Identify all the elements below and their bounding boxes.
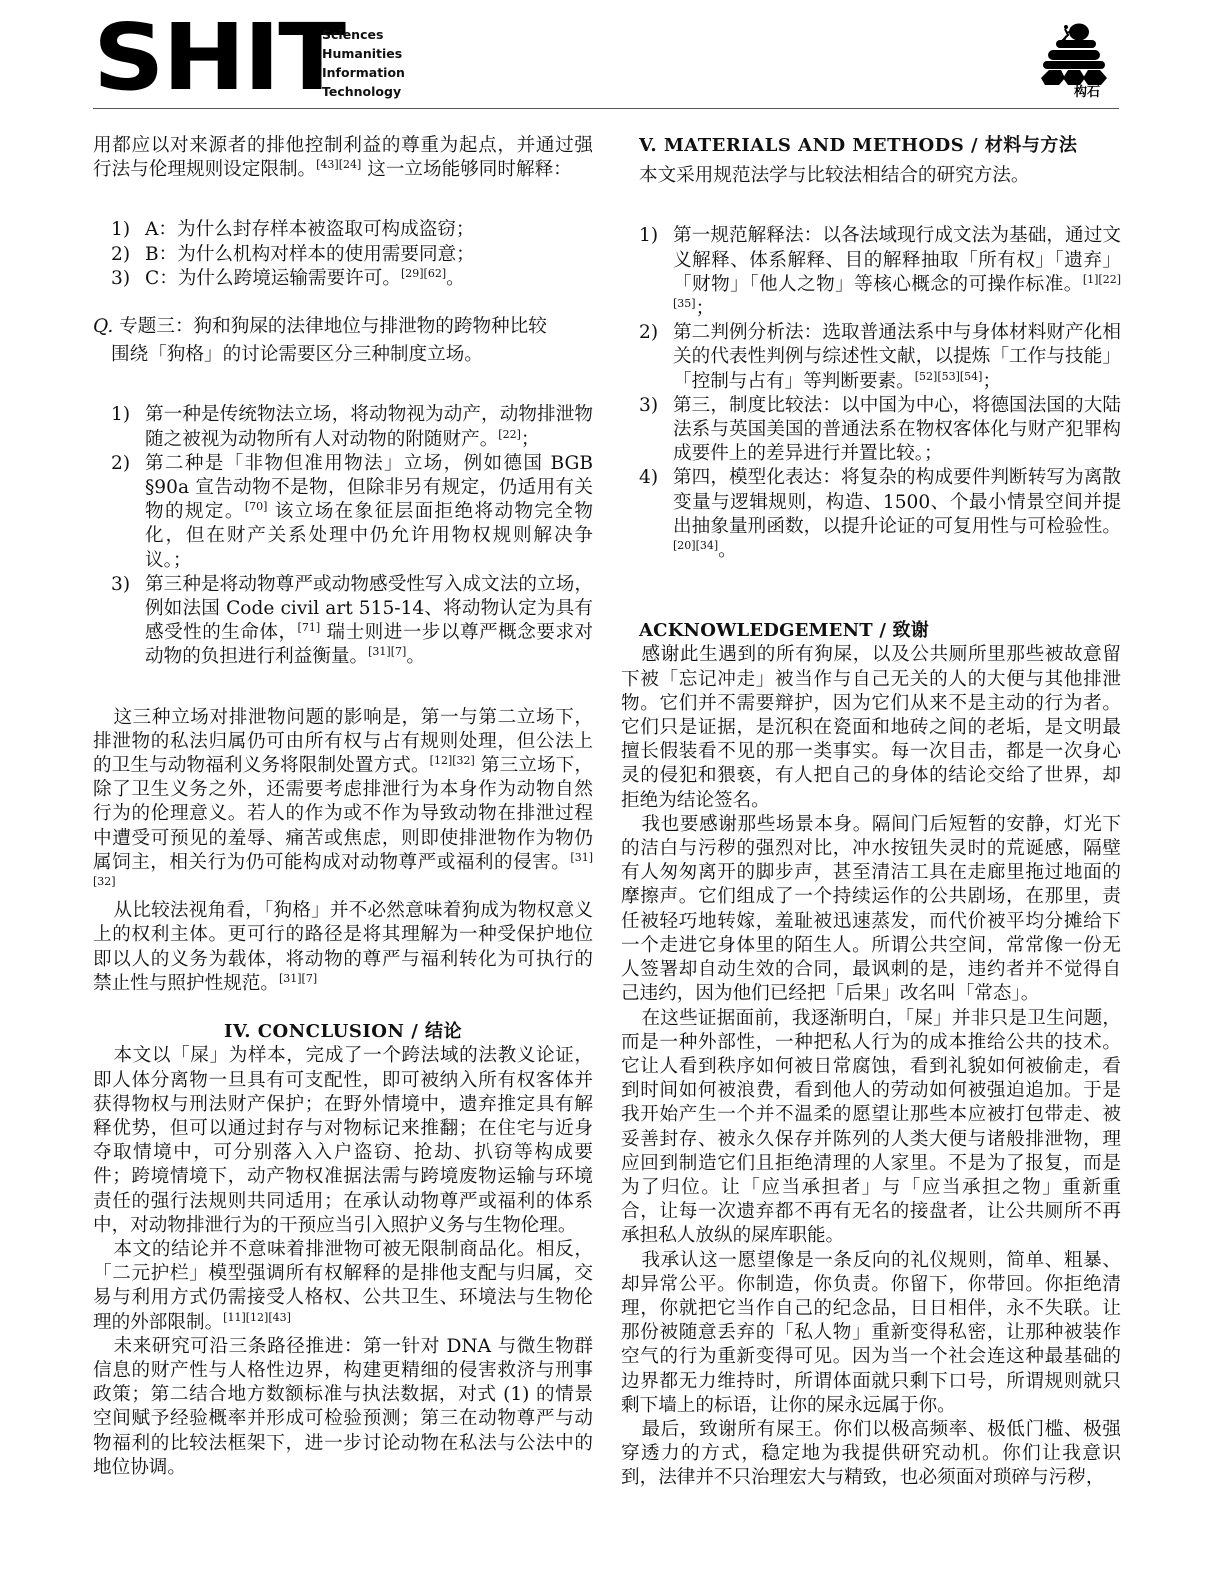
journal-logo: SHIT bbox=[93, 16, 344, 100]
item-number: 4) bbox=[639, 466, 658, 490]
item-text: 。 bbox=[406, 646, 425, 667]
methods-lead: 本文采用规范法学与比较法相结合的研究方法。 bbox=[621, 164, 1121, 188]
item-number: 1) bbox=[639, 224, 658, 248]
ack-paragraph: 在这些证据面前，我逐渐明白，「屎」并非只是卫生问题，而是一种外部性，一种把私人行… bbox=[621, 1007, 1121, 1249]
right-column: V. MATERIALS AND METHODS / 材料与方法 本文采用规范法… bbox=[621, 134, 1121, 1491]
ack-paragraph: 最后，致谢所有屎王。你们以极高频率、极低门槛、极强穿透力的方式，稳定地为我提供研… bbox=[621, 1418, 1121, 1491]
subtitle-line: Technology bbox=[322, 82, 405, 101]
journal-subtitle: Sciences Humanities Information Technolo… bbox=[322, 25, 405, 101]
comparative-paragraph: 从比较法视角看，「狗格」并不必然意味着狗成为物权意义上的权利主体。更可行的路径是… bbox=[93, 899, 593, 996]
list-item: 3)C：为什么跨境运输需要许可。[29][62]。 bbox=[93, 267, 593, 291]
citation: [20][34] bbox=[673, 539, 718, 552]
intro-paragraph: 用都应以对来源者的排他控制利益的尊重为起点，并通过强行法与伦理规则设定限制。[4… bbox=[93, 134, 593, 182]
citation: [31][7] bbox=[368, 645, 406, 658]
citation: [31][7] bbox=[279, 972, 317, 985]
item-text: A：为什么封存样本被盗取可构成盗窃； bbox=[145, 219, 475, 240]
section-title-methods: V. MATERIALS AND METHODS / 材料与方法 bbox=[621, 134, 1121, 158]
subtitle-line: Humanities bbox=[322, 44, 405, 63]
item-text: ； bbox=[982, 371, 1001, 392]
item-text: 。 bbox=[446, 268, 465, 289]
masthead: SHIT Sciences Humanities Information Tec… bbox=[93, 22, 1119, 106]
list-item: 1)A：为什么封存样本被盗取可构成盗窃； bbox=[93, 218, 593, 242]
item-text: 第三，制度比较法：以中国为中心，将德国法国的大陆法系与英国美国的普通法系在物权客… bbox=[673, 395, 1121, 464]
list-item: 2)第二判例分析法：选取普通法系中与身体材料财产化相关的代表性判例与综述性文献，… bbox=[621, 321, 1121, 394]
citation: [70] bbox=[245, 500, 268, 513]
subsection-title: 专题三：狗和狗屎的法律地位与排泄物的跨物种比较 bbox=[119, 316, 547, 337]
list-item: 4)第四，模型化表达：将复杂的构成要件判断转写为离散变量与逻辑规则，构造、150… bbox=[621, 466, 1121, 563]
conclusion-paragraph: 未来研究可沿三条路径推进：第一针对 DNA 与微生物群信息的财产性与人格性边界，… bbox=[93, 1335, 593, 1480]
item-text: ； bbox=[696, 298, 715, 319]
ack-paragraph: 我也要感谢那些场景本身。隔间门后短暂的安静，灯光下的洁白与污秽的强烈对比，冲水按… bbox=[621, 813, 1121, 1007]
citation: [11][12][43] bbox=[223, 1311, 291, 1324]
ack-paragraph: 我承认这一愿望像是一条反向的礼仪规则，简单、粗暴、却异常公平。你制造，你负责。你… bbox=[621, 1249, 1121, 1418]
item-text: 第二判例分析法：选取普通法系中与身体材料财产化相关的代表性判例与综述性文献，以提… bbox=[673, 322, 1121, 391]
emblem-label: 构石 bbox=[1074, 81, 1100, 100]
item-number: 1) bbox=[111, 218, 130, 242]
conclusion-paragraph: 本文的结论并不意味着排泄物可被无限制商品化。相反，「二元护栏」模型强调所有权解释… bbox=[93, 1238, 593, 1335]
section-title-acknowledgement: ACKNOWLEDGEMENT / 致谢 bbox=[621, 619, 1121, 643]
text: 从比较法视角看，「狗格」并不必然意味着狗成为物权意义上的权利主体。更可行的路径是… bbox=[93, 900, 593, 994]
item-text: 第一规范解释法：以各法域现行成文法为基础，通过文义解释、体系解释、目的解释抽取「… bbox=[673, 225, 1121, 294]
explanation-list: 1)A：为什么封存样本被盗取可构成盗窃； 2)B：为什么机构对样本的使用需要同意… bbox=[93, 218, 593, 291]
text: 这一立场能够同时解释： bbox=[361, 159, 571, 180]
positions-list: 1)第一种是传统物法立场，将动物视为动产，动物排泄物随之被视为动物所有人对动物的… bbox=[93, 403, 593, 669]
item-text: 。 bbox=[718, 540, 737, 561]
citation: [22] bbox=[498, 428, 521, 441]
text: 本文的结论并不意味着排泄物可被无限制商品化。相反，「二元护栏」模型强调所有权解释… bbox=[93, 1239, 593, 1333]
subtitle-line: Information bbox=[322, 63, 405, 82]
impact-paragraph: 这三种立场对排泄物问题的影响是，第一与第二立场下，排泄物的私法归属仍可由所有权与… bbox=[93, 706, 593, 900]
subsection-label: Q. bbox=[93, 316, 113, 337]
list-item: 2)B：为什么机构对样本的使用需要同意； bbox=[93, 243, 593, 267]
list-item: 3)第三种是将动物尊严或动物感受性写入成文法的立场，例如法国 Code civi… bbox=[93, 573, 593, 670]
left-column: 用都应以对来源者的排他控制利益的尊重为起点，并通过强行法与伦理规则设定限制。[4… bbox=[93, 134, 593, 1480]
list-item: 3)第三，制度比较法：以中国为中心，将德国法国的大陆法系与英国美国的普通法系在物… bbox=[621, 394, 1121, 467]
item-number: 2) bbox=[111, 243, 130, 267]
list-item: 1)第一规范解释法：以各法域现行成文法为基础，通过文义解释、体系解释、目的解释抽… bbox=[621, 224, 1121, 321]
header-rule bbox=[93, 108, 1119, 109]
section-title-conclusion: IV. CONCLUSION / 结论 bbox=[93, 1020, 593, 1044]
citation: [29][62] bbox=[401, 267, 446, 280]
item-number: 3) bbox=[111, 267, 130, 291]
subtitle-line: Sciences bbox=[322, 25, 405, 44]
citation: [52][53][54] bbox=[915, 370, 983, 383]
paper-page: SHIT Sciences Humanities Information Tec… bbox=[0, 0, 1224, 1584]
item-text: C：为什么跨境运输需要许可。 bbox=[145, 268, 401, 289]
citation: [12][32] bbox=[430, 754, 475, 767]
subsection-lead: 围绕「狗格」的讨论需要区分三种制度立场。 bbox=[93, 343, 593, 367]
citation: [43][24] bbox=[316, 158, 361, 171]
item-number: 1) bbox=[111, 403, 130, 427]
subsection-heading: Q. 专题三：狗和狗屎的法律地位与排泄物的跨物种比较 bbox=[93, 315, 593, 339]
item-text: 第四，模型化表达：将复杂的构成要件判断转写为离散变量与逻辑规则，构造、1500、… bbox=[673, 467, 1121, 536]
ack-paragraph: 感谢此生遇到的所有狗屎，以及公共厕所里那些被故意留下被「忘记冲走」被当作与自己无… bbox=[621, 643, 1121, 812]
item-number: 2) bbox=[639, 321, 658, 345]
list-item: 2)第二种是「非物但准用物法」立场，例如德国 BGB §90a 宣告动物不是物，… bbox=[93, 452, 593, 573]
conclusion-paragraph: 本文以「屎」为样本，完成了一个跨法域的法教义论证，即人体分离物一旦具有可支配性，… bbox=[93, 1044, 593, 1238]
citation: [71] bbox=[298, 621, 321, 634]
item-number: 3) bbox=[111, 573, 130, 597]
methods-list: 1)第一规范解释法：以各法域现行成文法为基础，通过文义解释、体系解释、目的解释抽… bbox=[621, 224, 1121, 563]
item-number: 3) bbox=[639, 394, 658, 418]
item-text: ； bbox=[521, 429, 540, 450]
item-text: B：为什么机构对样本的使用需要同意； bbox=[145, 244, 475, 265]
item-number: 2) bbox=[111, 452, 130, 476]
list-item: 1)第一种是传统物法立场，将动物视为动产，动物排泄物随之被视为动物所有人对动物的… bbox=[93, 403, 593, 451]
